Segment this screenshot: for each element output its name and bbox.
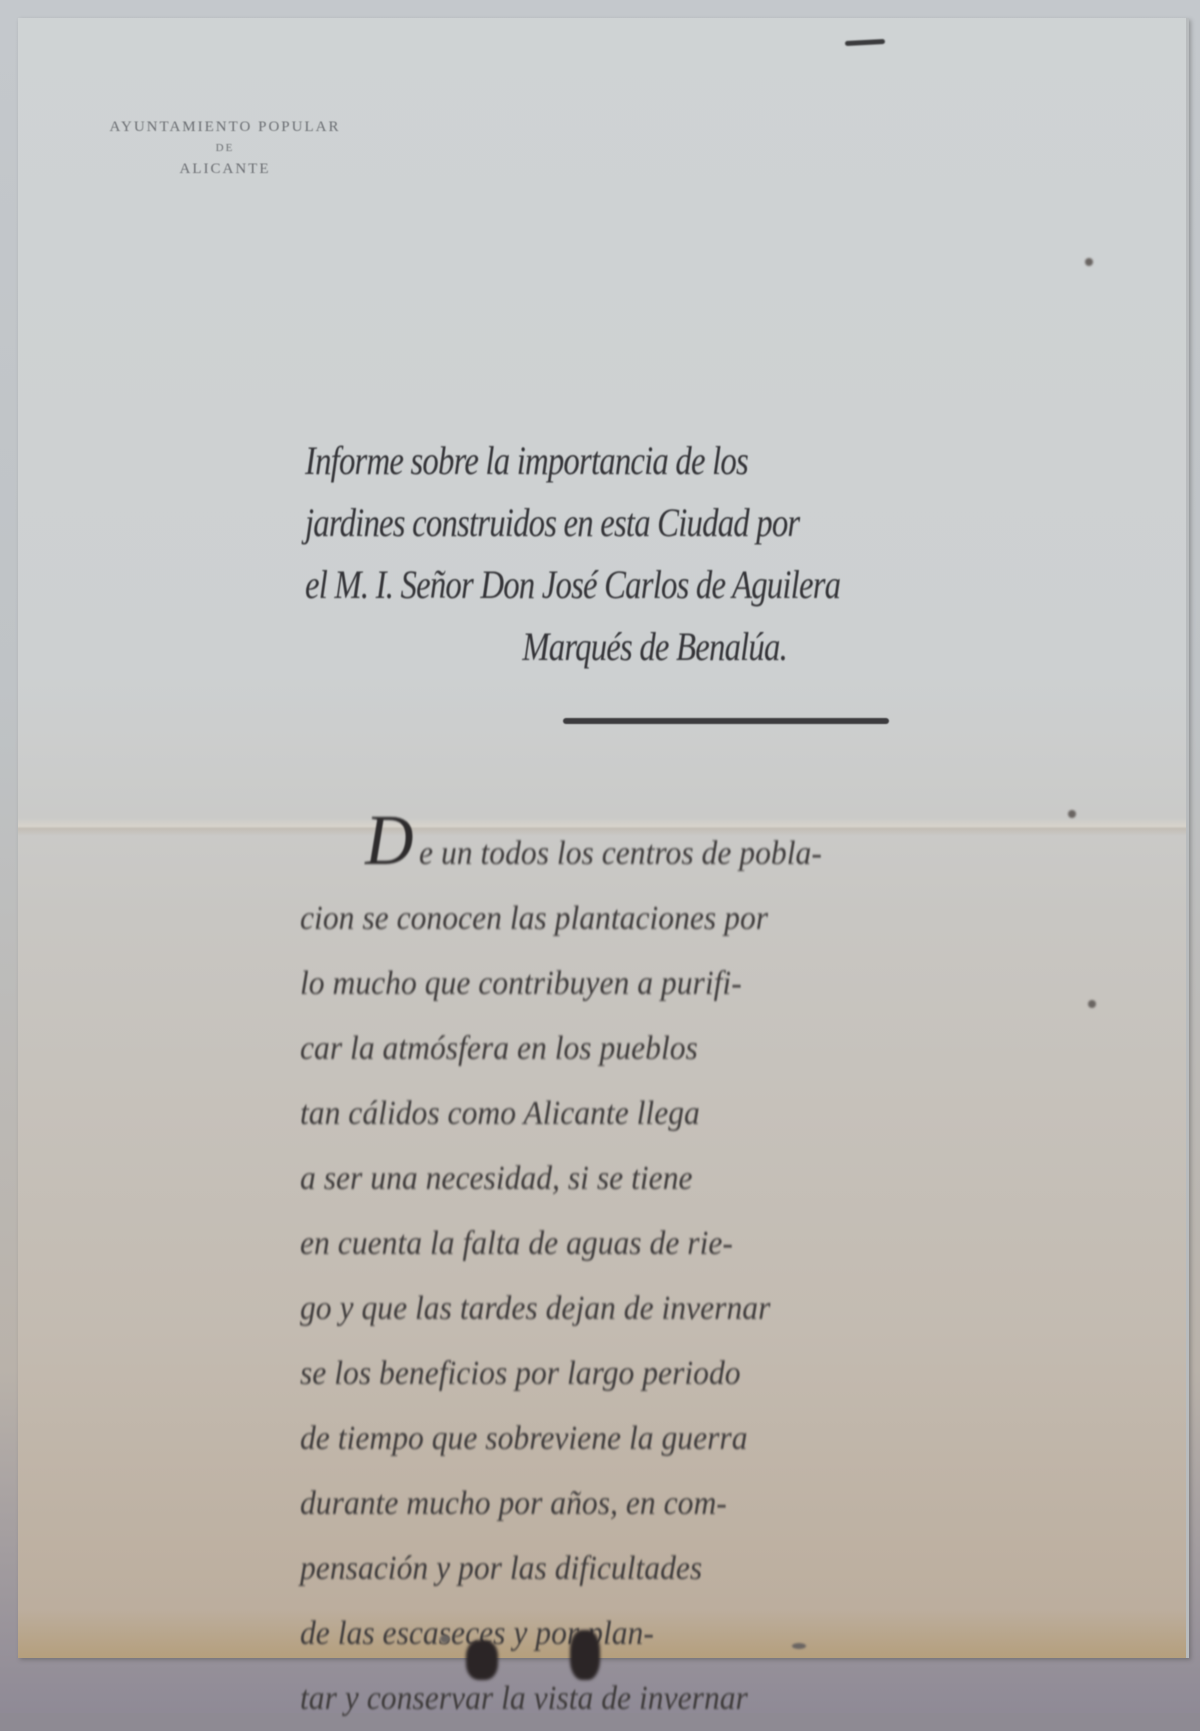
paper-blemish	[440, 1635, 450, 1643]
document-body: De un todos los centros de pobla- cion s…	[300, 820, 1016, 1713]
body-line: tar y conservar la vista de invernar	[300, 1666, 1016, 1713]
ink-blot	[466, 1640, 498, 1680]
body-line: durante mucho por años, en com-	[300, 1471, 1016, 1536]
title-line-4: Marqués de Benalúa.	[305, 616, 920, 678]
body-line: de tiempo que sobreviene la guerra	[300, 1406, 1016, 1471]
body-line: tan cálidos como Alicante llega	[300, 1081, 1016, 1146]
body-line: de las escaseces y por plan-	[300, 1601, 1016, 1666]
title-underline-rule	[563, 718, 889, 724]
body-line: cion se conocen las plantaciones por	[300, 886, 1016, 951]
title-line-2: jardines construidos en esta Ciudad por	[305, 492, 920, 554]
paper-blemish	[1068, 810, 1076, 818]
paper-blemish	[792, 1643, 806, 1649]
document-title: Informe sobre la importancia de los jard…	[305, 430, 920, 678]
body-line: lo mucho que contribuyen a purifi-	[300, 951, 1016, 1016]
title-line-1: Informe sobre la importancia de los	[305, 430, 920, 492]
title-line-3: el M. I. Señor Don José Carlos de Aguile…	[305, 554, 920, 616]
body-line: se los beneficios por largo periodo	[300, 1341, 1016, 1406]
dropcap-letter: D	[365, 800, 413, 880]
body-line: car la atmósfera en los pueblos	[300, 1016, 1016, 1081]
letterhead: AYUNTAMIENTO POPULAR DE ALICANTE	[100, 113, 350, 183]
paper-blemish	[1088, 1000, 1096, 1008]
body-line: go y que las tardes dejan de invernar	[300, 1276, 1016, 1341]
ink-blot	[570, 1630, 600, 1680]
letterhead-line-2: DE	[100, 141, 350, 155]
letterhead-line-3: ALICANTE	[100, 155, 350, 183]
body-line: pensación y por las dificultades	[300, 1536, 1016, 1601]
body-line: en cuenta la falta de aguas de rie-	[300, 1211, 1016, 1276]
body-line-first: De un todos los centros de pobla-	[300, 820, 1016, 886]
body-line: a ser una necesidad, si se tiene	[300, 1146, 1016, 1211]
paper-blemish	[1085, 258, 1093, 266]
letterhead-line-1: AYUNTAMIENTO POPULAR	[100, 113, 350, 141]
